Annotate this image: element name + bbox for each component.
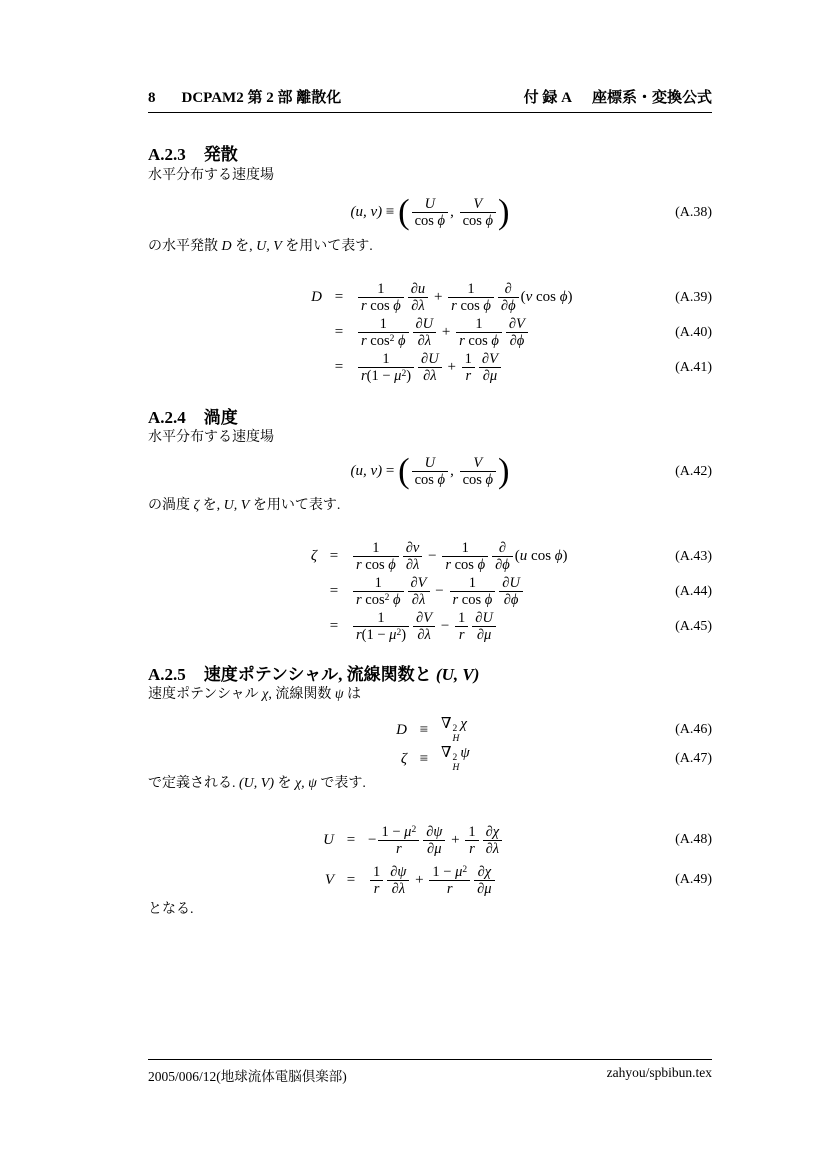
math-token: D — [311, 289, 322, 305]
math-token: 水平分布する速度場 — [148, 168, 274, 183]
math-fraction: 1r cos ϕ — [456, 316, 502, 349]
paragraph-vorticity-derive: の渦度 ζ を, U, V を用いて表す. — [148, 496, 712, 515]
math-token: ∂ — [499, 540, 506, 556]
math-token: ∂U — [416, 316, 434, 332]
equation-rhs: 1r cos2 ϕ∂U∂λ + 1r cos ϕ∂V∂ϕ — [356, 316, 530, 349]
math-token: cos — [458, 592, 485, 608]
footer-date: 2005/006/12(地球流体電脳倶楽部) — [148, 1065, 347, 1085]
header-right-title: 座標系・変換公式 — [592, 90, 712, 107]
math-token: r — [469, 841, 475, 857]
math-token: cos — [463, 472, 486, 488]
math-token: を用いて表す. — [282, 239, 373, 254]
math-token: cos — [415, 213, 438, 229]
math-token: ) — [401, 627, 406, 643]
header-appendix-label: 付 録 A — [524, 90, 572, 107]
math-token: + — [447, 832, 463, 848]
equation-a49: V = 1r∂ψ∂λ + 1 − μ2r∂χ∂μ (A.49) — [148, 860, 712, 900]
equation-rhs: 1r∂ψ∂λ + 1 − μ2r∂χ∂μ — [368, 864, 497, 897]
math-fraction: Ucos ϕ — [412, 455, 448, 488]
math-token: ) — [568, 289, 573, 305]
equation-number: (A.42) — [675, 464, 712, 480]
math-fraction: ∂U∂ϕ — [499, 575, 523, 608]
math-fraction: ∂χ∂λ — [483, 824, 503, 857]
math-token: , 流線関数 — [268, 687, 335, 702]
math-fraction: ∂χ∂μ — [474, 864, 494, 897]
equation-a40: = 1r cos2 ϕ∂U∂λ + 1r cos ϕ∂V∂ϕ (A.40) — [148, 315, 712, 350]
math-token: U, V — [224, 498, 250, 513]
math-token: r — [447, 881, 453, 897]
equation-a38: (u, v) ≡ (Ucos ϕ, Vcos ϕ) (A.38) — [148, 189, 712, 237]
section-heading-divergence: A.2.3 発散 — [148, 144, 712, 165]
math-token: 水平分布する速度場 — [148, 430, 274, 445]
math-token: ϕ — [438, 472, 446, 488]
math-token: ∂ϕ — [501, 298, 516, 314]
math-token: を用いて表す. — [249, 498, 340, 513]
math-token: 速度ポテンシャル — [148, 687, 262, 702]
math-fraction: 1r(1 − μ2) — [353, 610, 409, 643]
section-number: A.2.3 — [148, 144, 186, 165]
math-token: 1 — [458, 610, 465, 626]
math-token: (1 − — [367, 368, 395, 384]
math-token: ∂V — [482, 351, 498, 367]
equation-rhs: ∇2Hψ — [441, 745, 470, 774]
math-fraction: ∂ψ∂μ — [423, 824, 445, 857]
math-token: D — [396, 722, 407, 738]
math-token: 1 — [467, 281, 474, 297]
math-token: U, V — [256, 239, 282, 254]
equation-rhs: 1r cos ϕ∂u∂λ + 1r cos ϕ∂∂ϕ(v cos ϕ) — [356, 281, 573, 314]
math-token: ∂V — [416, 610, 432, 626]
math-token: χ, ψ — [295, 776, 317, 791]
math-token: + — [430, 289, 446, 305]
page-header: 8 DCPAM2 第 2 部 離散化 付 録 A 座標系・変換公式 — [148, 90, 712, 113]
math-token: ∂u — [411, 281, 425, 297]
math-token: 1 — [377, 281, 384, 297]
math-token: ) — [498, 193, 510, 231]
math-token: ∂χ — [478, 864, 492, 880]
equation-lhs: U — [148, 832, 334, 849]
math-token: r — [459, 627, 465, 643]
math-token: V — [473, 196, 482, 212]
equation-relation: ≡ — [407, 751, 441, 768]
eqnarray-definitions: D ≡ ∇2Hχ (A.46) ζ ≡ ∇2Hψ (A.47) — [148, 716, 712, 775]
math-token: ϕ — [560, 289, 568, 305]
math-token: ∂μ — [477, 627, 491, 643]
math-token: ϕ — [438, 213, 446, 229]
math-token: ∂λ — [412, 592, 425, 608]
math-fraction: 1r — [455, 610, 468, 643]
equation-number: (A.39) — [675, 290, 712, 306]
math-fraction: ∂V∂λ — [408, 575, 430, 608]
math-token: , — [450, 204, 458, 220]
math-token: の渦度 — [148, 498, 194, 513]
math-token: ∂V — [509, 316, 525, 332]
paragraph-potential-intro: 速度ポテンシャル χ, 流線関数 ψ は — [148, 685, 712, 704]
math-token: ( — [398, 452, 410, 490]
math-token: ∂U — [421, 351, 439, 367]
math-token: (U, V) — [239, 776, 274, 791]
math-token: ∂ϕ — [504, 592, 519, 608]
math-token: ψ — [460, 745, 469, 761]
math-token: ∂λ — [423, 368, 436, 384]
math-token: ∂v — [406, 540, 420, 556]
equation-a42: (u, v) = (Ucos ϕ, Vcos ϕ) (A.42) — [148, 448, 712, 496]
math-token: D — [222, 239, 232, 254]
equation-lhs: ζ — [148, 751, 407, 768]
equation-rhs: 1r(1 − μ2)∂U∂λ + 1r∂V∂μ — [356, 351, 503, 384]
paragraph-potential-outro: となる. — [148, 900, 712, 919]
math-token: ϕ — [485, 592, 493, 608]
equation-lhs: D — [148, 289, 322, 306]
math-token: 1 — [465, 351, 472, 367]
equation-lhs: V — [148, 872, 334, 889]
math-token: ≡ — [382, 204, 398, 220]
math-fraction: ∂V∂ϕ — [506, 316, 528, 349]
math-token: ∂ψ — [390, 864, 406, 880]
math-token: cos — [465, 333, 492, 349]
math-token: ∂μ — [427, 841, 441, 857]
math-token: ϕ — [486, 213, 494, 229]
math-token: ∂V — [411, 575, 427, 591]
math-fraction: ∂U∂λ — [418, 351, 442, 384]
math-fraction: 1r cos ϕ — [442, 540, 488, 573]
equation-number: (A.40) — [675, 325, 712, 341]
equation-body: (u, v) = (Ucos ϕ, Vcos ϕ) — [350, 455, 509, 488]
header-left: 8 DCPAM2 第 2 部 離散化 — [148, 90, 341, 107]
math-token: r — [465, 368, 471, 384]
math-token: 2 — [385, 593, 390, 603]
math-token: − — [437, 618, 453, 634]
math-token: ∂U — [502, 575, 520, 591]
math-fraction: ∂∂ϕ — [498, 281, 519, 314]
equation-relation: = — [322, 289, 356, 306]
math-token: (U, V) — [436, 665, 479, 684]
equation-relation: = — [322, 359, 356, 376]
math-token: + — [444, 359, 460, 375]
math-token: 1 — [380, 316, 387, 332]
math-token: ∂λ — [417, 627, 430, 643]
math-fraction: 1r cos ϕ — [353, 540, 399, 573]
math-supsub: ∇2H — [441, 716, 460, 745]
math-token: 1 — [475, 316, 482, 332]
eqnarray-divergence: D = 1r cos ϕ∂u∂λ + 1r cos ϕ∂∂ϕ(v cos ϕ) … — [148, 280, 712, 385]
math-token: cos — [362, 557, 389, 573]
page-footer: 2005/006/12(地球流体電脳倶楽部) zahyou/spbibun.te… — [148, 1059, 712, 1085]
math-token: cos — [367, 333, 390, 349]
math-fraction: 1r cos2 ϕ — [353, 575, 404, 608]
section-title: 渦度 — [204, 407, 238, 428]
math-fraction: ∂V∂μ — [479, 351, 501, 384]
math-token: ∂μ — [477, 881, 491, 897]
math-token: − — [432, 583, 448, 599]
math-token: を, — [232, 239, 257, 254]
header-right: 付 録 A 座標系・変換公式 — [524, 90, 712, 107]
math-token: 1 — [462, 540, 469, 556]
math-token: cos — [463, 213, 486, 229]
math-token: ∂λ — [406, 557, 419, 573]
math-fraction: 1 − μ2r — [378, 824, 419, 857]
math-fraction: 1r cos2 ϕ — [358, 316, 409, 349]
math-token: 1 − — [432, 864, 455, 880]
equation-a46: D ≡ ∇2Hχ (A.46) — [148, 716, 712, 745]
math-token: ( — [398, 193, 410, 231]
math-token: 1 − — [381, 824, 404, 840]
equation-relation: = — [317, 583, 351, 600]
equation-body: (u, v) ≡ (Ucos ϕ, Vcos ϕ) — [350, 196, 509, 229]
paragraph-vorticity-intro: 水平分布する速度場 — [148, 428, 712, 447]
header-left-title: DCPAM2 第 2 部 離散化 — [182, 90, 342, 107]
math-token: ϕ — [483, 298, 491, 314]
math-fraction: ∂u∂λ — [408, 281, 428, 314]
equation-rhs: 1r(1 − μ2)∂V∂λ − 1r∂U∂μ — [351, 610, 498, 643]
math-token: ∂λ — [486, 841, 499, 857]
equation-relation: = — [322, 324, 356, 341]
document-page: 8 DCPAM2 第 2 部 離散化 付 録 A 座標系・変換公式 A.2.3 … — [0, 0, 826, 1169]
equation-number: (A.44) — [675, 583, 712, 599]
equation-number: (A.49) — [675, 872, 712, 888]
math-token: ∂λ — [411, 298, 424, 314]
math-token: ∂μ — [483, 368, 497, 384]
math-token: ∂ — [505, 281, 512, 297]
math-token: cos — [532, 289, 560, 305]
math-token: cos — [415, 472, 438, 488]
paragraph-divergence-intro: 水平分布する速度場 — [148, 166, 712, 185]
section-number: A.2.5 — [148, 664, 186, 685]
math-token: 2 — [462, 865, 467, 875]
math-token: ∂λ — [418, 333, 431, 349]
equation-a48: U = −1 − μ2r∂ψ∂μ + 1r∂χ∂λ (A.48) — [148, 820, 712, 860]
equation-a41: = 1r(1 − μ2)∂U∂λ + 1r∂V∂μ (A.41) — [148, 350, 712, 385]
math-supsub: ∇2H — [441, 745, 460, 774]
math-token: 1 — [468, 824, 475, 840]
math-token: で表す. — [317, 776, 366, 791]
math-token: は — [344, 687, 362, 702]
math-token: ψ — [335, 687, 344, 702]
math-token: U — [425, 196, 435, 212]
math-token: (u, v) — [350, 204, 382, 220]
math-token: を — [274, 776, 295, 791]
equation-number: (A.45) — [675, 618, 712, 634]
math-token: ϕ — [478, 557, 486, 573]
math-fraction: ∂U∂μ — [472, 610, 496, 643]
math-token: 1 — [373, 864, 380, 880]
math-token: = — [382, 463, 398, 479]
eqnarray-vorticity: ζ = 1r cos ϕ∂v∂λ − 1r cos ϕ∂∂ϕ(u cos ϕ) … — [148, 539, 712, 644]
math-token: 2 — [401, 369, 406, 379]
math-token: ϕ — [398, 333, 406, 349]
math-token: U — [323, 832, 334, 848]
equation-relation: = — [317, 618, 351, 635]
math-token: (u, v) — [350, 463, 382, 479]
section-heading-potential: A.2.5 速度ポテンシャル, 流線関数と (U, V) — [148, 664, 712, 685]
math-token: ∂ϕ — [495, 557, 510, 573]
math-token: 2 — [396, 628, 401, 638]
math-token: 2 — [390, 334, 395, 344]
math-fraction: ∂v∂λ — [403, 540, 423, 573]
math-fraction: ∂U∂λ — [413, 316, 437, 349]
eqnarray-uv: U = −1 − μ2r∂ψ∂μ + 1r∂χ∂λ (A.48) V = 1r∂… — [148, 820, 712, 900]
math-token: V — [325, 872, 334, 888]
math-token: + — [438, 324, 454, 340]
math-token: cos — [457, 298, 484, 314]
equation-a39: D = 1r cos ϕ∂u∂λ + 1r cos ϕ∂∂ϕ(v cos ϕ) … — [148, 280, 712, 315]
math-token: ϕ — [486, 472, 494, 488]
math-token: ) — [406, 368, 411, 384]
math-token: 1 — [469, 575, 476, 591]
section-heading-vorticity: A.2.4 渦度 — [148, 407, 712, 428]
math-token: V — [473, 455, 482, 471]
equation-number: (A.48) — [675, 832, 712, 848]
math-token: r — [396, 841, 402, 857]
math-token: となる. — [148, 902, 194, 917]
math-fraction: 1r cos ϕ — [358, 281, 404, 314]
equation-rhs: ∇2Hχ — [441, 716, 467, 745]
math-fraction: 1r cos ϕ — [448, 281, 494, 314]
math-fraction: 1r — [462, 351, 475, 384]
equation-number: (A.41) — [675, 360, 712, 376]
math-token: r — [374, 881, 380, 897]
math-token: ∂χ — [486, 824, 500, 840]
math-fraction: ∂∂ϕ — [492, 540, 513, 573]
paragraph-divergence-derive: の水平発散 D を, U, V を用いて表す. — [148, 237, 712, 256]
equation-a43: ζ = 1r cos ϕ∂v∂λ − 1r cos ϕ∂∂ϕ(u cos ϕ) … — [148, 539, 712, 574]
equation-rhs: 1r cos ϕ∂v∂λ − 1r cos ϕ∂∂ϕ(u cos ϕ) — [351, 540, 568, 573]
math-token: cos — [451, 557, 478, 573]
math-token: の水平発散 — [148, 239, 222, 254]
equation-a47: ζ ≡ ∇2Hψ (A.47) — [148, 745, 712, 774]
math-token: − — [424, 548, 440, 564]
equation-relation: = — [334, 872, 368, 889]
math-token: ∂ϕ — [510, 333, 525, 349]
math-fraction: 1r(1 − μ2) — [358, 351, 414, 384]
math-token: で定義される. — [148, 776, 239, 791]
math-token: cos — [527, 548, 555, 564]
math-token: 1 — [382, 351, 389, 367]
math-fraction: 1 − μ2r — [429, 864, 470, 897]
math-fraction: Vcos ϕ — [460, 196, 496, 229]
math-token: − — [368, 832, 376, 848]
math-token: ) — [498, 452, 510, 490]
math-token: ϕ — [555, 548, 563, 564]
section-title: 発散 — [204, 144, 238, 165]
math-token: χ — [460, 716, 467, 732]
math-token: cos — [367, 298, 394, 314]
math-token: 速度ポテンシャル, 流線関数と — [204, 665, 436, 684]
equation-relation: = — [334, 832, 368, 849]
math-token: (1 − — [362, 627, 390, 643]
math-fraction: 1r — [465, 824, 478, 857]
section-number: A.2.4 — [148, 407, 186, 428]
math-fraction: Ucos ϕ — [412, 196, 448, 229]
equation-lhs: ζ — [148, 548, 317, 565]
math-token: ϕ — [393, 298, 401, 314]
math-fraction: 1r — [370, 864, 383, 897]
footer-filename: zahyou/spbibun.tex — [607, 1065, 712, 1085]
math-token: ϕ — [393, 592, 401, 608]
equation-a44: = 1r cos2 ϕ∂V∂λ − 1r cos ϕ∂U∂ϕ (A.44) — [148, 574, 712, 609]
math-token: ϕ — [388, 557, 396, 573]
math-token: cos — [362, 592, 385, 608]
math-token: ∂λ — [392, 881, 405, 897]
equation-rhs: 1r cos2 ϕ∂V∂λ − 1r cos ϕ∂U∂ϕ — [351, 575, 525, 608]
math-token: ∂ψ — [426, 824, 442, 840]
math-token: ) — [563, 548, 568, 564]
equation-number: (A.43) — [675, 548, 712, 564]
equation-relation: ≡ — [407, 722, 441, 739]
math-token: 1 — [375, 575, 382, 591]
equation-lhs: D — [148, 722, 407, 739]
section-title: 速度ポテンシャル, 流線関数と (U, V) — [204, 664, 480, 685]
math-fraction: ∂V∂λ — [413, 610, 435, 643]
math-token: 発散 — [204, 145, 238, 164]
math-token: 渦度 — [204, 408, 238, 427]
math-token: , — [450, 463, 458, 479]
math-token: + — [411, 872, 427, 888]
equation-number: (A.47) — [675, 751, 712, 767]
math-token: 1 — [372, 540, 379, 556]
equation-number: (A.46) — [675, 722, 712, 738]
equation-rhs: −1 − μ2r∂ψ∂μ + 1r∂χ∂λ — [368, 824, 504, 857]
page-content: 8 DCPAM2 第 2 部 離散化 付 録 A 座標系・変換公式 A.2.3 … — [148, 0, 712, 920]
math-fraction: Vcos ϕ — [460, 455, 496, 488]
math-token: U — [425, 455, 435, 471]
math-fraction: ∂ψ∂λ — [387, 864, 409, 897]
math-fraction: 1r cos ϕ — [450, 575, 496, 608]
header-page-number: 8 — [148, 90, 156, 107]
equation-relation: = — [317, 548, 351, 565]
paragraph-potential-middle: で定義される. (U, V) を χ, ψ で表す. — [148, 774, 712, 793]
math-token: 1 — [377, 610, 384, 626]
math-token: ϕ — [491, 333, 499, 349]
equation-number: (A.38) — [675, 205, 712, 221]
math-token: を, — [199, 498, 224, 513]
math-token: 2 — [411, 825, 416, 835]
math-token: ∂U — [475, 610, 493, 626]
equation-a45: = 1r(1 − μ2)∂V∂λ − 1r∂U∂μ (A.45) — [148, 609, 712, 644]
